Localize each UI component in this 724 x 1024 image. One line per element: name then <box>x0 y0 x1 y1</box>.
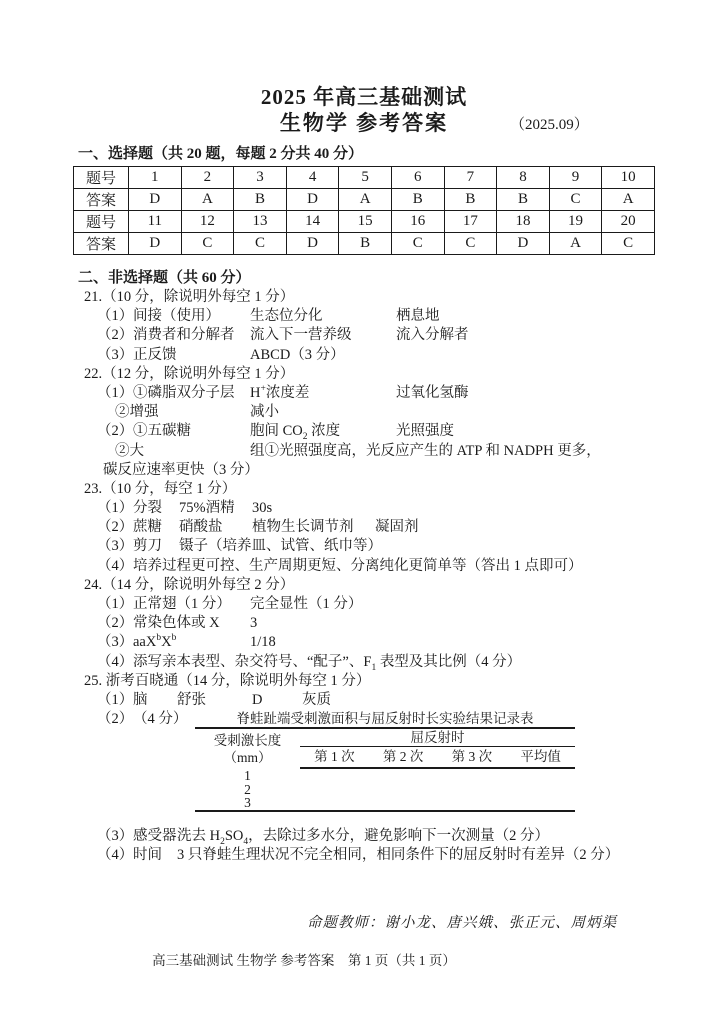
trial-header: 第 1 次 <box>300 747 369 769</box>
answer-cell: ABCD（3 分） <box>250 346 655 365</box>
item-marker: （3） <box>97 346 133 365</box>
empty-cell <box>300 783 369 797</box>
answer-line: 碳反应速率更快（3 分） <box>103 461 655 480</box>
stimulus-length-header: 受刺激长度 （mm） <box>195 728 300 768</box>
header-line: （mm） <box>195 749 300 766</box>
answer-line: ②增强 减小 <box>115 403 655 422</box>
row-label: 答案 <box>74 233 129 255</box>
exam-date: （2025.09） <box>510 112 589 139</box>
text-part: aaX <box>133 634 156 650</box>
item-marker: （1） <box>97 691 133 710</box>
mc-cell: B <box>497 189 550 211</box>
row-label: 题号 <box>74 167 129 189</box>
trial-header: 第 2 次 <box>369 747 438 769</box>
text-part: ，去除过多水分，避免影响下一次测量（2 分） <box>248 828 549 844</box>
mc-cell: C <box>602 233 655 255</box>
row-label: 答案 <box>74 189 129 211</box>
answer-cell: 30s <box>252 499 375 518</box>
answer-cell: 光照强度 <box>396 422 655 441</box>
mc-cell: D <box>129 233 182 255</box>
table-row: 1 <box>195 768 575 783</box>
experiment-results-table: 受刺激长度 （mm） 屈反射时 第 1 次 第 2 次 第 3 次 平均值 1 <box>195 727 575 812</box>
item-marker: （3） <box>97 537 133 556</box>
item-marker: （2） <box>97 326 133 345</box>
answer-line: （3） 感受器 洗去 H2SO4，去除过多水分，避免影响下一次测量（2 分） <box>97 827 655 846</box>
answer-cell: 流入下一营养级 <box>250 326 396 345</box>
text-part: 添写亲本表型、杂交符号、“配子”、F <box>133 654 371 670</box>
answer-cell: 分裂 <box>133 499 179 518</box>
answer-cell: H+浓度差 <box>250 384 396 403</box>
empty-cell <box>506 768 575 783</box>
text-part: 胞间 CO <box>250 423 303 439</box>
answer-line: （2） 消费者和分解者 流入下一营养级 流入分解者 <box>97 326 655 345</box>
mc-cell: 13 <box>234 211 287 233</box>
item-marker: （4） <box>97 557 133 576</box>
multiple-choice-table: 题号 1 2 3 4 5 6 7 8 9 10 答案 D A B D A B B… <box>73 166 655 255</box>
empty-cell <box>369 768 438 783</box>
mc-cell: 4 <box>286 167 339 189</box>
mc-cell: 5 <box>339 167 392 189</box>
item-marker: （4） <box>97 846 133 865</box>
length-value: 1 <box>195 768 300 783</box>
mc-cell: C <box>391 233 444 255</box>
mc-cell: 16 <box>391 211 444 233</box>
answer-cell: 蔗糖 <box>133 518 179 537</box>
mc-cell: A <box>339 189 392 211</box>
trial-header: 第 3 次 <box>438 747 507 769</box>
answer-cell: 生态位分化 <box>250 307 396 326</box>
empty-cell <box>438 796 507 811</box>
length-value: 3 <box>195 796 300 811</box>
mc-cell: 19 <box>549 211 602 233</box>
exam-authors-line: 命题教师：谢小龙、唐兴娥、张正元、周炳渠 <box>73 911 655 932</box>
answer-cell: 完全显性（1 分） <box>250 595 655 614</box>
text-part: SO <box>225 828 244 844</box>
empty-cell <box>506 796 575 811</box>
mc-cell: 12 <box>181 211 234 233</box>
answer-line: （2） 蔗糖 硝酸盐 植物生长调节剂 凝固剂 <box>97 518 655 537</box>
answer-cell: 植物生长调节剂 <box>252 518 375 537</box>
answer-line: （1） ①磷脂双分子层 H+浓度差 过氧化氢酶 <box>97 384 655 403</box>
row-label: 题号 <box>74 211 129 233</box>
answer-sheet-page: 2025 年高三基础测试 生物学 参考答案 （2025.09） 一、选择题（共 … <box>0 0 724 969</box>
mc-cell: C <box>181 233 234 255</box>
answer-cell: 凝固剂 <box>375 518 655 537</box>
table-row: 2 <box>195 783 575 797</box>
table-row: 题号 1 2 3 4 5 6 7 8 9 10 <box>74 167 655 189</box>
mc-cell: 1 <box>129 167 182 189</box>
answer-cell: 胞间 CO2 浓度 <box>250 422 396 441</box>
answer-line: （2） 常染色体或 X 3 <box>97 614 655 633</box>
mc-cell: D <box>286 189 339 211</box>
mc-cell: 15 <box>339 211 392 233</box>
answer-cell: 常染色体或 X <box>133 614 250 633</box>
answer-cell: 舒张 <box>177 691 252 710</box>
answer-line: （2） （4 分） <box>97 710 195 729</box>
mc-cell: C <box>444 233 497 255</box>
flexion-reflex-header: 屈反射时 <box>300 728 575 747</box>
answer-cell: 正常翅（1 分） <box>133 595 250 614</box>
answer-cell: aaXbXb <box>133 633 250 652</box>
answer-cell: ②增强 <box>115 403 250 422</box>
section2-heading: 二、非选择题（共 60 分） <box>73 268 655 288</box>
table-row: 答案 D A B D A B B B C A <box>74 189 655 211</box>
answer-cell: 正反馈 <box>133 346 250 365</box>
item-marker: （2） <box>97 614 133 633</box>
text-part: H <box>250 385 260 401</box>
trial-header: 平均值 <box>506 747 575 769</box>
mc-cell: 7 <box>444 167 497 189</box>
question-header: 24.（14 分，除说明外每空 2 分） <box>73 576 655 595</box>
text-part: X <box>161 634 171 650</box>
item-marker: （4） <box>97 653 133 672</box>
answer-cell: 1/18 <box>250 633 655 652</box>
experiment-table-title: 脊蛙趾端受刺激面积与屈反射时长实验结果记录表 <box>195 710 575 727</box>
answer-cell: 栖息地 <box>396 307 655 326</box>
item-marker: （1） <box>97 499 133 518</box>
answer-line: ②大 组①光照强度高，光反应产生的 ATP 和 NADPH 更多， <box>115 442 655 461</box>
answer-cell: 3 <box>250 614 655 633</box>
answer-cell: 添写亲本表型、杂交符号、“配子”、F1 表型及其比例（4 分） <box>133 653 655 672</box>
empty-cell <box>300 768 369 783</box>
mc-cell: C <box>234 233 287 255</box>
question-header: 22.（12 分，除说明外每空 1 分） <box>73 365 655 384</box>
answer-line: （3） 剪刀 镊子（培养皿、试管、纸巾等） <box>97 537 655 556</box>
text-part: 表型及其比例（4 分） <box>376 654 521 670</box>
mc-cell: 10 <box>602 167 655 189</box>
mc-cell: B <box>391 189 444 211</box>
answer-line: （4） 添写亲本表型、杂交符号、“配子”、F1 表型及其比例（4 分） <box>97 653 655 672</box>
answer-line: （1） 正常翅（1 分） 完全显性（1 分） <box>97 595 655 614</box>
answer-cell: 减小 <box>250 403 655 422</box>
answer-cell: 过氧化氢酶 <box>396 384 655 403</box>
mc-cell: B <box>339 233 392 255</box>
answer-cell: 组①光照强度高，光反应产生的 ATP 和 NADPH 更多， <box>250 442 655 461</box>
answer-cell: 硝酸盐 <box>179 518 252 537</box>
answer-cell: 75%酒精 <box>179 499 252 518</box>
page-footer: 高三基础测试 生物学 参考答案 第 1 页（共 1 页） <box>13 949 595 969</box>
mc-cell: 11 <box>129 211 182 233</box>
mc-cell: B <box>444 189 497 211</box>
answer-cell: 流入分解者 <box>396 326 655 345</box>
table-row: 受刺激长度 （mm） 屈反射时 <box>195 728 575 747</box>
question-header: 21.（10 分，除说明外每空 1 分） <box>73 288 655 307</box>
text-part: 浓度差 <box>266 385 310 401</box>
answer-cell: ②大 <box>115 442 250 461</box>
table-row: 题号 11 12 13 14 15 16 17 18 19 20 <box>74 211 655 233</box>
answer-cell: 感受器 <box>133 827 177 846</box>
item-marker: （1） <box>97 595 133 614</box>
mc-cell: C <box>549 189 602 211</box>
mc-cell: 9 <box>549 167 602 189</box>
empty-cell <box>369 796 438 811</box>
question-header: 25. 浙考百晓通（14 分，除说明外每空 1 分） <box>73 672 655 691</box>
answer-cell: （4 分） <box>133 710 195 729</box>
answer-line: （1） 脑 舒张 D 灰质 <box>97 691 655 710</box>
mc-cell: D <box>129 189 182 211</box>
mc-cell: A <box>549 233 602 255</box>
answer-cell <box>375 499 655 518</box>
answer-cell: 灰质 <box>302 691 655 710</box>
mc-cell: 6 <box>391 167 444 189</box>
mc-cell: 20 <box>602 211 655 233</box>
answer-line: （1） 分裂 75%酒精 30s <box>97 499 655 518</box>
length-value: 2 <box>195 783 300 797</box>
answer-cell: 3 只脊蛙生理状况不完全相同，相同条件下的屈反射时有差异（2 分） <box>177 846 655 865</box>
item-marker: （2） <box>97 422 133 441</box>
mc-cell: 17 <box>444 211 497 233</box>
item-marker: （3） <box>97 633 133 652</box>
mc-cell: D <box>286 233 339 255</box>
mc-cell: 18 <box>497 211 550 233</box>
mc-cell: A <box>181 189 234 211</box>
answer-cell: 消费者和分解者 <box>133 326 250 345</box>
text-part: 洗去 H <box>177 828 220 844</box>
answer-cell: 间接（使用） <box>133 307 250 326</box>
empty-cell <box>438 768 507 783</box>
mc-cell: 2 <box>181 167 234 189</box>
header-line: 受刺激长度 <box>195 732 300 749</box>
answer-line: （3） 正反馈 ABCD（3 分） <box>97 346 655 365</box>
superscript: b <box>172 634 177 644</box>
table-row: 答案 D C C D B C C D A C <box>74 233 655 255</box>
answers-body: 21.（10 分，除说明外每空 1 分） （1） 间接（使用） 生态位分化 栖息… <box>73 288 655 865</box>
answer-line: （4） 时间 3 只脊蛙生理状况不完全相同，相同条件下的屈反射时有差异（2 分） <box>97 846 655 865</box>
subject-title: 生物学 参考答案 <box>280 111 448 135</box>
empty-cell <box>369 783 438 797</box>
answer-line: （4） 培养过程更可控、生产周期更短、分离纯化更简单等（答出 1 点即可） <box>97 557 655 576</box>
subtitle-row: 生物学 参考答案 （2025.09） <box>73 110 655 137</box>
answer-line: （2） ①五碳糖 胞间 CO2 浓度 光照强度 <box>97 422 655 441</box>
answer-cell: ①磷脂双分子层 <box>133 384 250 403</box>
item-marker: （1） <box>97 384 133 403</box>
experiment-table-block: 脊蛙趾端受刺激面积与屈反射时长实验结果记录表 受刺激长度 （mm） 屈反射时 第… <box>195 710 575 812</box>
empty-cell <box>300 796 369 811</box>
answer-cell: D <box>252 691 302 710</box>
answer-cell: 时间 <box>133 846 177 865</box>
empty-cell <box>506 783 575 797</box>
answer-cell: ①五碳糖 <box>133 422 250 441</box>
mc-cell: D <box>497 233 550 255</box>
mc-cell: 3 <box>234 167 287 189</box>
experiment-table-row: （2） （4 分） 脊蛙趾端受刺激面积与屈反射时长实验结果记录表 受刺激长度 （… <box>73 710 655 812</box>
answer-cell: 洗去 H2SO4，去除过多水分，避免影响下一次测量（2 分） <box>177 827 655 846</box>
item-marker: （3） <box>97 827 133 846</box>
exam-title: 2025 年高三基础测试 <box>73 84 655 110</box>
mc-cell: 14 <box>286 211 339 233</box>
table-row: 3 <box>195 796 575 811</box>
answer-cell: 脑 <box>133 691 177 710</box>
question-header: 23.（10 分，每空 1 分） <box>73 480 655 499</box>
item-marker: （1） <box>97 307 133 326</box>
answer-line: （1） 间接（使用） 生态位分化 栖息地 <box>97 307 655 326</box>
answer-line: （3） aaXbXb 1/18 <box>97 633 655 652</box>
item-marker: （2） <box>97 518 133 537</box>
answer-cell: 培养过程更可控、生产周期更短、分离纯化更简单等（答出 1 点即可） <box>133 557 655 576</box>
mc-cell: B <box>234 189 287 211</box>
text-part: 浓度 <box>308 423 341 439</box>
experiment-left: （2） （4 分） <box>73 710 195 729</box>
item-marker: （2） <box>97 710 133 729</box>
answer-cell: 镊子（培养皿、试管、纸巾等） <box>179 537 655 556</box>
mc-cell: A <box>602 189 655 211</box>
empty-cell <box>438 783 507 797</box>
section1-heading: 一、选择题（共 20 题，每题 2 分共 40 分） <box>73 144 655 164</box>
mc-cell: 8 <box>497 167 550 189</box>
answer-cell: 剪刀 <box>133 537 179 556</box>
